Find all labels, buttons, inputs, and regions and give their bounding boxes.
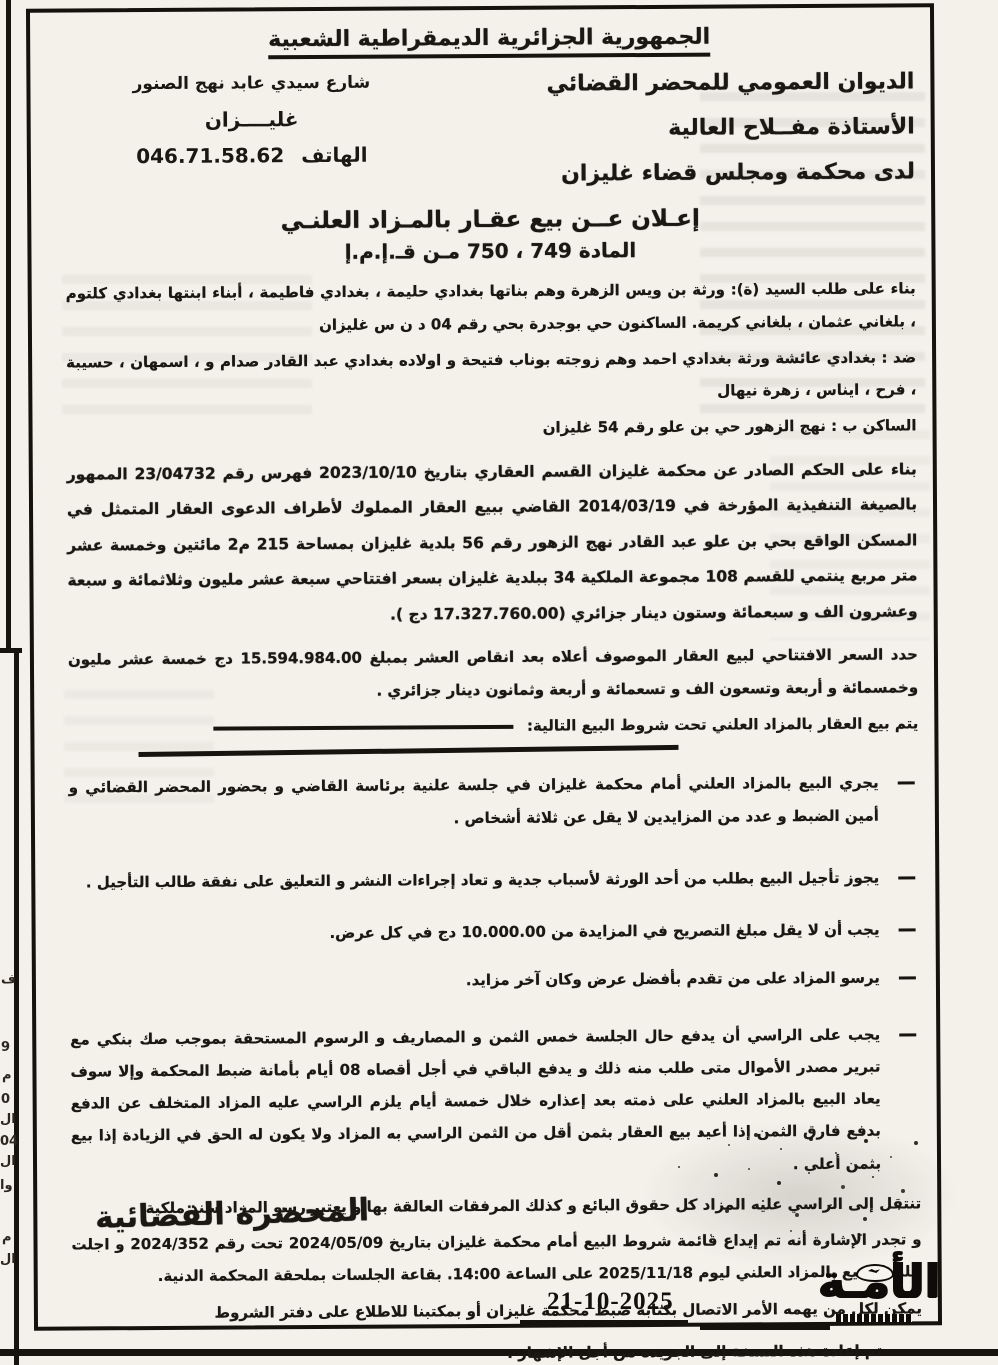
scanned-legal-notice-page: ف 9 م 0 ال 04 ال وا م ال الجمهورية الجزا… bbox=[0, 0, 998, 1365]
left-column-connector-rule bbox=[0, 648, 22, 653]
office-address-block: شارع سيدي عابد نهج الصنور غليــــزان اله… bbox=[64, 62, 439, 200]
sale-conditions-list: يجري البيع بالمزاد العلني أمام محكمة غلي… bbox=[69, 767, 922, 1185]
defendants-paragraph: ضد : بغدادي عائشة ورثة بغدادي احمد وهم ز… bbox=[66, 341, 916, 411]
margin-fragment: ال bbox=[0, 1252, 16, 1267]
address-street: شارع سيدي عابد نهج الصنور bbox=[64, 72, 438, 94]
publication-date: 21-10-2025 bbox=[547, 1288, 674, 1316]
margin-fragment: 04 bbox=[0, 1134, 18, 1149]
republic-title-text: الجمهورية الجزائرية الديمقراطية الشعبية bbox=[268, 25, 710, 60]
margin-fragment: ال bbox=[0, 1154, 16, 1169]
legal-articles: المادة 749 ، 750 مـن قـ.إ.م.إ bbox=[65, 237, 915, 266]
separator-stroke-short bbox=[406, 1351, 494, 1356]
margin-fragment: 0 bbox=[1, 1092, 10, 1107]
separator-stroke bbox=[214, 725, 514, 731]
address-city: غليــــزان bbox=[65, 106, 439, 132]
phone-label: الهاتف bbox=[301, 143, 368, 167]
filing-and-session-paragraph: و تجدر الإشارة أنه تم إيداع قائمة شروط ا… bbox=[71, 1224, 921, 1294]
court-jurisdiction: لدى محكمة ومجلس قضاء غليزان bbox=[439, 150, 915, 198]
bailiff-signature: المحضرة القضائية bbox=[95, 1192, 370, 1236]
office-name: الديوان العمومي للمحضر القضائي bbox=[438, 59, 914, 107]
margin-fragment: وا bbox=[0, 1178, 13, 1193]
margin-fragment: م bbox=[2, 1230, 12, 1245]
judgment-paragraph: بناء على الحكم الصادر عن محكمة غليزان ال… bbox=[67, 452, 918, 635]
bailiff-office-block: الديوان العمومي للمحضر القضائي الأستاذة … bbox=[438, 59, 915, 197]
newspaper-note-text: تم إعادة هذه النسخة إلى الجريدة من أجل ا… bbox=[507, 1342, 882, 1362]
contact-paragraph: يمكن لكل من يهمه الأمر الاتصال بكتابة ضب… bbox=[72, 1292, 922, 1329]
phone-line: الهاتف 046.71.58.62 bbox=[65, 142, 439, 168]
margin-fragment: 9 bbox=[1, 1040, 10, 1055]
condition-item: يرسو المزاد على من تقدم بأفضل عرض وكان آ… bbox=[70, 962, 920, 999]
newspaper-logo-text: الأمّـة bbox=[818, 1256, 956, 1307]
phone-number: 046.71.58.62 bbox=[136, 143, 284, 168]
margin-fragment: ف bbox=[1, 972, 16, 987]
separator-stroke-long bbox=[139, 745, 679, 757]
newspaper-note: تم إعادة هذه النسخة إلى الجريدة من أجل ا… bbox=[72, 1334, 922, 1365]
bailiff-name: الأستاذة مفــلاح العالية bbox=[439, 104, 915, 152]
conditions-intro-text: يتم بيع العقار بالمزاد العلني تحت شروط ا… bbox=[527, 715, 918, 735]
date-underline bbox=[700, 1325, 830, 1330]
newspaper-tagline-bar bbox=[836, 1314, 912, 1322]
petitioner-paragraph: بناء على طلب السيد (ة): ورثة بن ويس الزه… bbox=[66, 273, 916, 343]
margin-fragment: ال bbox=[0, 1112, 16, 1127]
notice-frame: الجمهورية الجزائرية الديمقراطية الشعبية … bbox=[26, 3, 942, 1331]
condition-item: يجب أن لا يقل مبلغ التصريح في المزايدة م… bbox=[70, 914, 920, 951]
left-column-rule-top bbox=[6, 0, 11, 652]
republic-title: الجمهورية الجزائرية الديمقراطية الشعبية bbox=[64, 23, 914, 60]
condition-item: يجوز تأجيل البيع بطلب من أحد الورثة لأسب… bbox=[69, 861, 919, 898]
margin-fragment: م bbox=[2, 1068, 12, 1083]
header-columns: الديوان العمومي للمحضر القضائي الأستاذة … bbox=[64, 59, 915, 199]
notice-title: إعـلان عــن بيع عقـار بالمـزاد العلنـي bbox=[65, 205, 915, 236]
opening-price-paragraph: حدد السعر الافتتاحي لبيع العقار الموصوف … bbox=[68, 638, 918, 711]
newspaper-emblem-icon bbox=[856, 1264, 894, 1282]
residence-paragraph: الساكن ب : نهج الزهور حي بن علو رقم 54 غ… bbox=[66, 410, 916, 447]
newspaper-logo: الأمّـة bbox=[818, 1256, 956, 1328]
condition-item: يجري البيع بالمزاد العلني أمام محكمة غلي… bbox=[69, 767, 919, 837]
date-underline bbox=[520, 1320, 688, 1325]
conditions-intro: يتم بيع العقار بالمزاد العلني تحت شروط ا… bbox=[68, 708, 918, 745]
condition-item: يجب على الراسي أن يدفع حال الجلسة خمس ال… bbox=[70, 1018, 921, 1184]
